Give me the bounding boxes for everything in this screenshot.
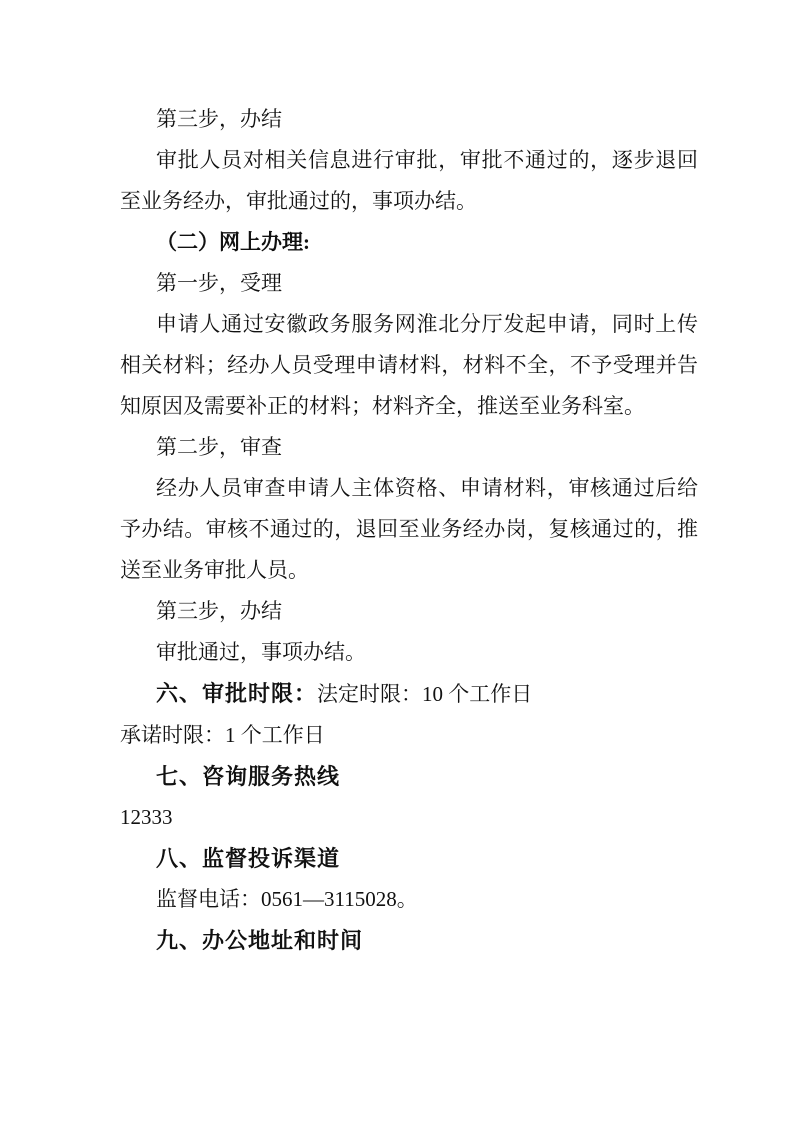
online-step1-body: 申请人通过安徽政务服务网淮北分厅发起申请，同时上传相关材料；经办人员受理申请材料… (120, 304, 698, 427)
online-step2-body: 经办人员审查申请人主体资格、申请材料，审核通过后给予办结。审核不通过的，退回至业… (120, 468, 698, 591)
section8-supervision-phone: 监督电话：0561—3115028。 (120, 879, 698, 920)
section8-complaint-heading: 八、监督投诉渠道 (120, 838, 698, 879)
section9-office-heading: 九、办公地址和时间 (120, 920, 698, 961)
document-body: 第三步，办结 审批人员对相关信息进行审批，审批不通过的，逐步退回至业务经办，审批… (120, 99, 698, 961)
section6-statutory-limit: 法定时限：10 个工作日 (317, 682, 532, 706)
section6-approval-time-limit: 六、审批时限：法定时限：10 个工作日 (120, 673, 698, 715)
offline-step3-title: 第三步，办结 (120, 99, 698, 140)
online-step1-title: 第一步，受理 (120, 263, 698, 304)
section7-hotline-number: 12333 (120, 797, 698, 838)
section6-label: 六、审批时限： (156, 681, 317, 706)
online-step2-title: 第二步，审查 (120, 427, 698, 468)
offline-step3-body: 审批人员对相关信息进行审批，审批不通过的，逐步退回至业务经办，审批通过的，事项办… (120, 140, 698, 222)
document-page: 第三步，办结 审批人员对相关信息进行审批，审批不通过的，逐步退回至业务经办，审批… (0, 0, 793, 1122)
online-step3-title: 第三步，办结 (120, 591, 698, 632)
section7-hotline-heading: 七、咨询服务热线 (120, 756, 698, 797)
online-step3-body: 审批通过，事项办结。 (120, 632, 698, 673)
section2-online-heading: （二）网上办理: (120, 222, 698, 263)
section6-promised-limit: 承诺时限：1 个工作日 (120, 715, 698, 756)
